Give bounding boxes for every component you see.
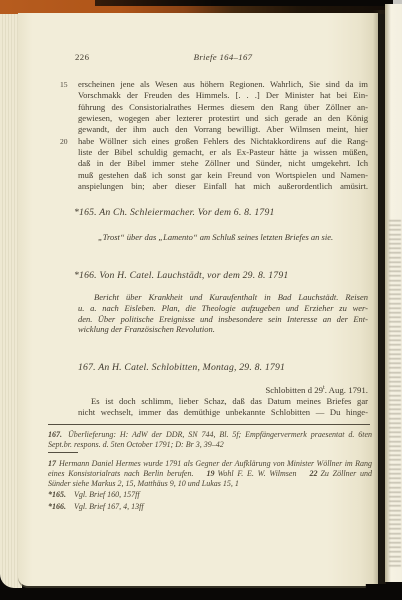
letter-164-continuation: 15erscheinen jene als Wesen aus höhern R… bbox=[78, 79, 368, 192]
book-page: 226 Briefe 164–167 15erscheinen jene als… bbox=[18, 13, 378, 586]
body-line: führung des Consistorialrathes Hermes di… bbox=[78, 102, 368, 113]
footnote-divider-rule bbox=[48, 424, 370, 425]
body-line: daß in der Bibel immer stehe Zöllner und… bbox=[78, 158, 368, 169]
summary-line: u. a. nach Eisleben. Plan, die Theologie… bbox=[78, 303, 368, 314]
body-line: muß gestehen daß ich sonst gar kein Freu… bbox=[78, 170, 368, 181]
running-header: Briefe 164–167 bbox=[78, 52, 368, 62]
letter-165-heading: *165. An Ch. Schleiermacher. Vor dem 6. … bbox=[74, 207, 275, 218]
ref-note-165: *165.Vgl. Brief 160, 157ff bbox=[48, 490, 372, 500]
line-notes-block: 17Hermann Daniel Hermes wurde 1791 als G… bbox=[48, 459, 372, 490]
footnote-label: *166. bbox=[48, 502, 66, 511]
footnote-label: 167. bbox=[48, 430, 62, 439]
dark-background-edge bbox=[95, 0, 402, 6]
body-line: 15erscheinen jene als Wesen aus höhern R… bbox=[78, 79, 368, 90]
ref-note-166: *166.Vgl. Brief 167, 4, 13ff bbox=[48, 502, 372, 512]
apparatus-footnote: 167.Überlieferung: H: AdW der DDR, SN 74… bbox=[48, 430, 372, 450]
body-line: anspielungen bin; aber dieser Einfall ha… bbox=[78, 181, 368, 192]
margin-line-number: 15 bbox=[60, 80, 74, 89]
letter-166-heading: *166. Von H. Catel. Lauchstädt, vor dem … bbox=[74, 270, 288, 281]
line-note-number: 17 bbox=[48, 459, 56, 468]
body-line: gewandt, der ihm auch den Vorrang bewill… bbox=[78, 124, 368, 135]
line-notes-divider-rule bbox=[48, 452, 78, 453]
body-line: Es ist doch schlimm, lieber Schaz, daß d… bbox=[78, 396, 368, 407]
facing-page-sliver bbox=[385, 4, 402, 582]
letter-165-summary: „Trost“ über das „Lamento“ am Schluß sei… bbox=[98, 232, 370, 242]
body-line: liste der Bibel schuldig gemacht, er als… bbox=[78, 147, 368, 158]
facing-page-text-blur bbox=[389, 220, 401, 568]
footnote-label: *165. bbox=[48, 490, 66, 499]
body-line: nicht wechselt, immer das demüthige unbe… bbox=[78, 407, 368, 418]
body-line: Vorschmakk der Freuden des Himmels. [. .… bbox=[78, 90, 368, 101]
summary-line: Bericht über Krankheit und Kuraufenthalt… bbox=[78, 292, 368, 303]
margin-line-number: 20 bbox=[60, 137, 74, 146]
line-note-number: 19 bbox=[206, 469, 214, 478]
summary-line: wicklung der Französischen Revolution. bbox=[78, 324, 368, 335]
summary-line: den. Über politische Ereignisse und insb… bbox=[78, 314, 368, 325]
body-line: 20habe Wöllner sich eines großen Fehlers… bbox=[78, 136, 368, 147]
scan-background-bottom bbox=[0, 584, 402, 600]
letter-167-heading: 167. An H. Catel. Schlobitten, Montag, 2… bbox=[78, 362, 285, 373]
book-scan-photo: 226 Briefe 164–167 15erscheinen jene als… bbox=[0, 0, 402, 600]
body-line: gewiesen, wogegen aber lezterer protesti… bbox=[78, 113, 368, 124]
letter-167-body: Es ist doch schlimm, lieber Schaz, daß d… bbox=[78, 396, 368, 419]
letter-166-summary: Bericht über Krankheit und Kuraufenthalt… bbox=[78, 292, 368, 335]
letter-167-dateline: Schlobitten d 29t. Aug. 1791. bbox=[78, 384, 368, 395]
line-note-number: 22 bbox=[309, 469, 317, 478]
